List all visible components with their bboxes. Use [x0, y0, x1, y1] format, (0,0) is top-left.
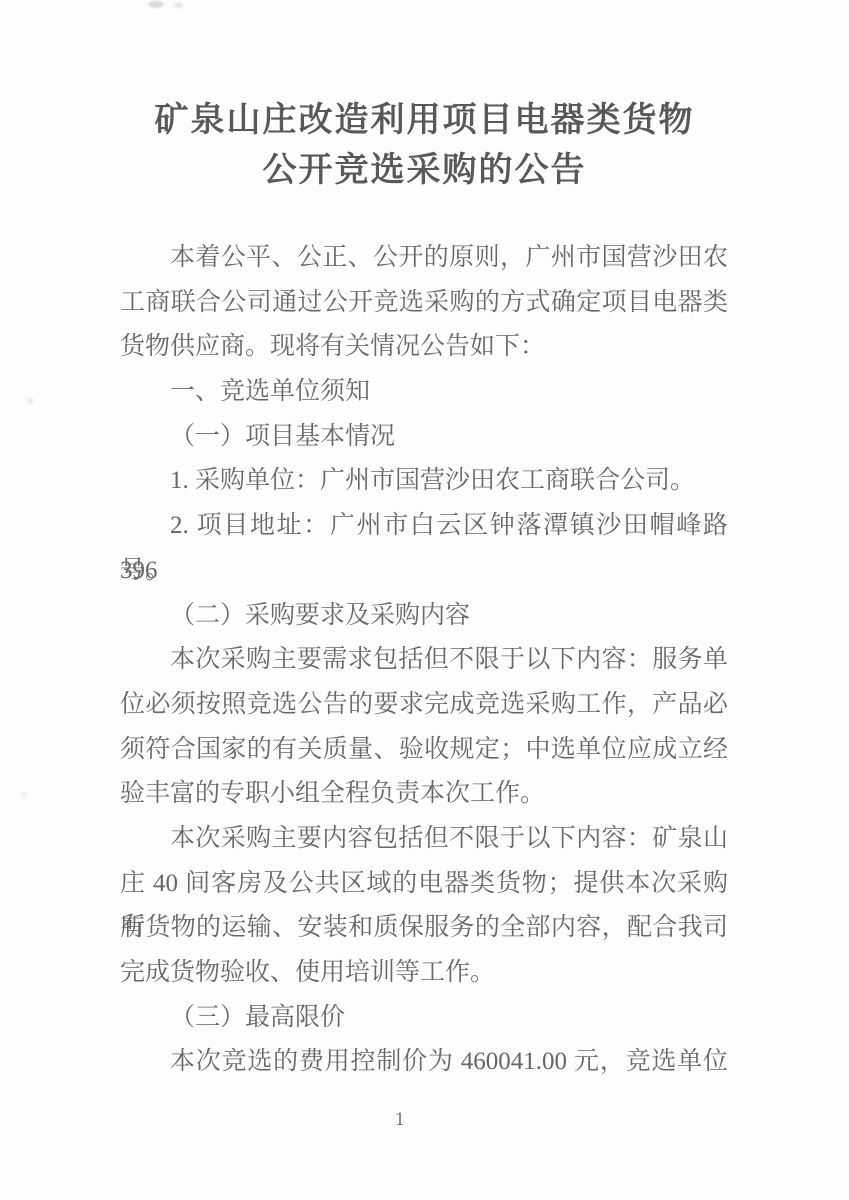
scan-artifact [21, 792, 27, 797]
text-line: 一、竞选单位须知 [120, 370, 728, 415]
scan-artifact [27, 398, 34, 404]
text-line: 完成货物验收、使用培训等工作。 [120, 951, 728, 996]
document-title-line1: 矿泉山庄改造利用项目电器类货物 [0, 96, 849, 146]
text-line: 验丰富的专职小组全程负责本次工作。 [120, 772, 728, 817]
text-line: 有货物的运输、安装和质保服务的全部内容，配合我司 [120, 906, 728, 951]
text-line: 本次竞选的费用控制价为 460041.00 元，竞选单位 [120, 1040, 728, 1085]
document-title: 矿泉山庄改造利用项目电器类货物 公开竞选采购的公告 [0, 96, 849, 196]
scanned-document-page: 矿泉山庄改造利用项目电器类货物 公开竞选采购的公告 本着公平、公正、公开的原则，… [0, 0, 849, 1200]
text-line: （三）最高限价 [120, 996, 728, 1041]
text-line: 号。 [120, 549, 728, 594]
text-line: 工商联合公司通过公开竞选采购的方式确定项目电器类 [120, 281, 728, 326]
page-number: 1 [0, 1110, 800, 1130]
text-line: 本次采购主要需求包括但不限于以下内容：服务单 [120, 638, 728, 683]
document-body: 本着公平、公正、公开的原则，广州市国营沙田农工商联合公司通过公开竞选采购的方式确… [120, 236, 728, 1085]
document-title-line2: 公开竞选采购的公告 [0, 146, 849, 196]
text-line: 1. 采购单位：广州市国营沙田农工商联合公司。 [120, 459, 728, 504]
text-line: 货物供应商。现将有关情况公告如下： [120, 325, 728, 370]
text-line: （一）项目基本情况 [120, 415, 728, 460]
scan-artifact [174, 3, 183, 8]
text-line: 庄 40 间客房及公共区域的电器类货物；提供本次采购所 [120, 862, 728, 907]
text-line: 位必须按照竞选公告的要求完成竞选采购工作，产品必 [120, 683, 728, 728]
text-line: 本着公平、公正、公开的原则，广州市国营沙田农 [120, 236, 728, 281]
text-line: 本次采购主要内容包括但不限于以下内容：矿泉山 [120, 817, 728, 862]
text-line: （二）采购要求及采购内容 [120, 594, 728, 639]
text-line: 须符合国家的有关质量、验收规定；中选单位应成立经 [120, 728, 728, 773]
scan-artifact [148, 1, 164, 8]
text-line: 2. 项目地址：广州市白云区钟落潭镇沙田帽峰路 396 [120, 504, 728, 549]
